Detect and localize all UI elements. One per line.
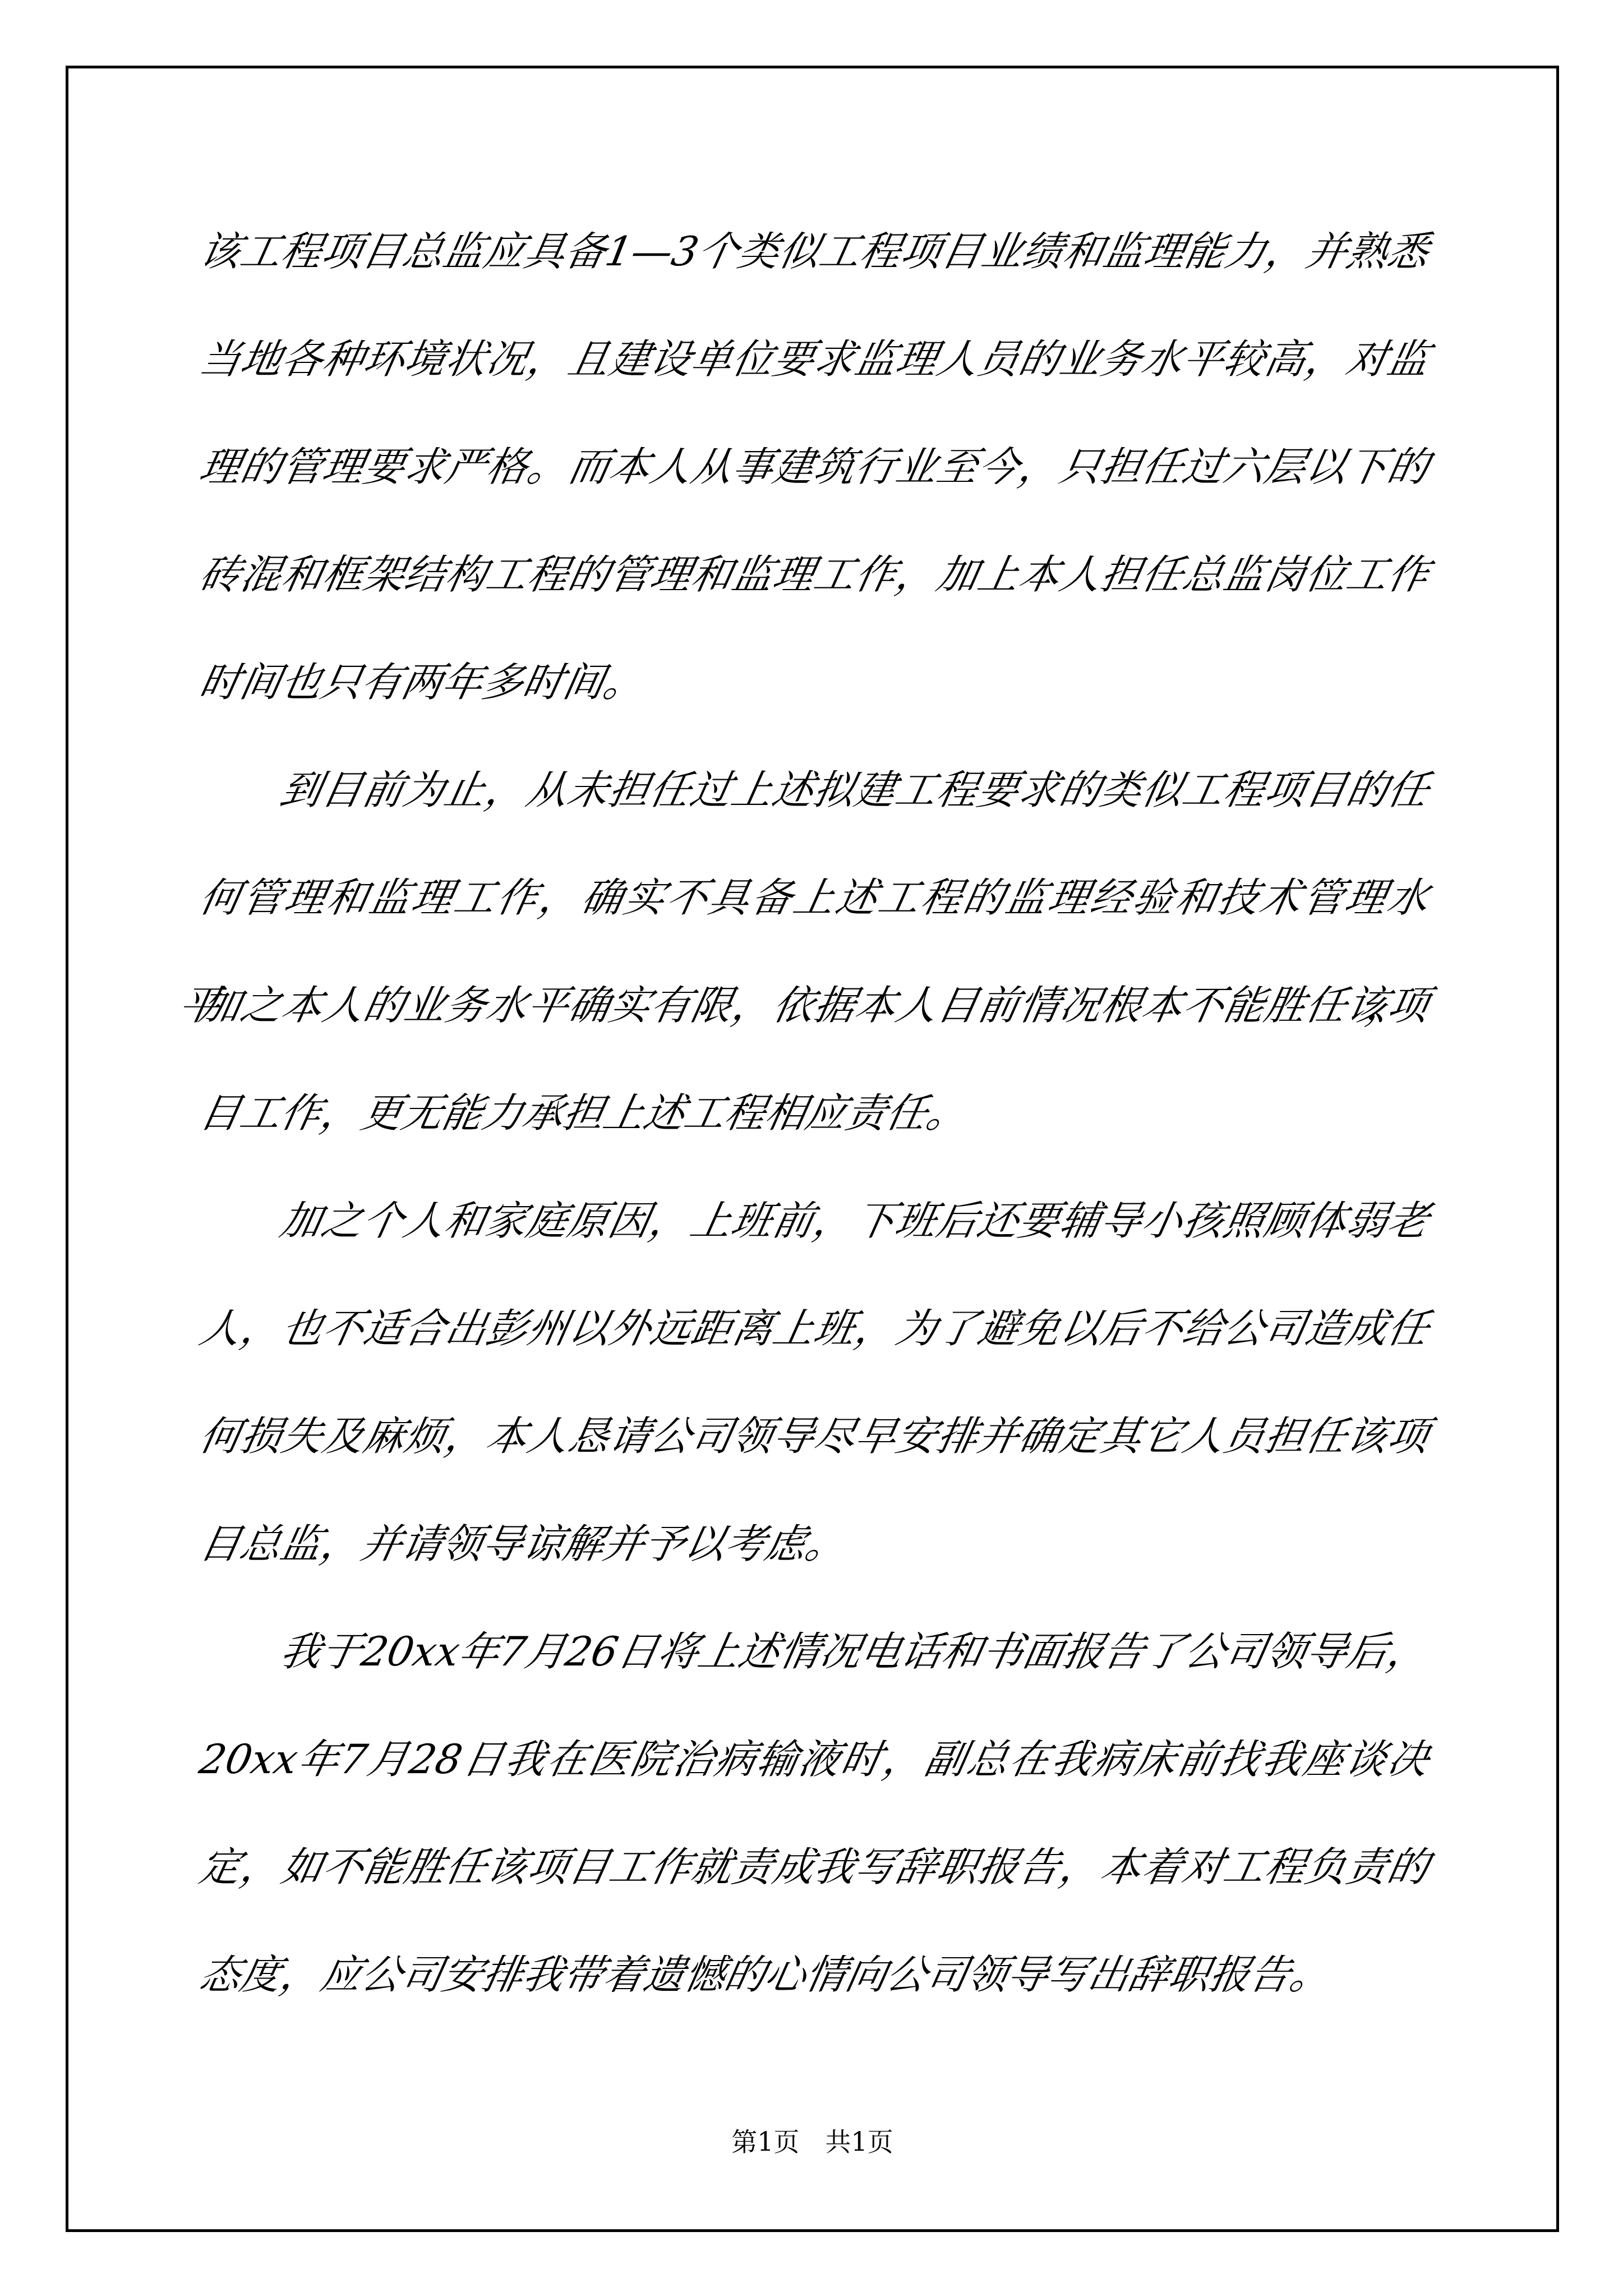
document-body: 该工程项目总监应具备1—3个类似工程项目业绩和监理能力，并熟悉 当地各种环境状况… bbox=[197, 197, 1426, 2028]
text-line: 时间也只有两年多时间。 bbox=[190, 628, 1439, 736]
text-line: 人，也不适合出彭州以外远距离上班，为了避免以后不给公司造成任 bbox=[190, 1274, 1439, 1382]
page: 该工程项目总监应具备1—3个类似工程项目业绩和监理能力，并熟悉 当地各种环境状况… bbox=[0, 0, 1623, 2296]
text-line: 砖混和框架结构工程的管理和监理工作，加上本人担任总监岗位工作 bbox=[190, 521, 1439, 628]
text-line: 目总监，并请领导谅解并予以考虑。 bbox=[190, 1490, 1439, 1598]
page-footer: 第1页 共1页 bbox=[66, 2124, 1559, 2160]
text-line: 态度，应公司安排我带着遗憾的心情向公司领导写出辞职报告。 bbox=[190, 1921, 1439, 2028]
text-line: 到目前为止，从未担任过上述拟建工程要求的类似工程项目的任 bbox=[190, 736, 1439, 844]
text-line: 目工作，更无能力承担上述工程相应责任。 bbox=[190, 1059, 1439, 1167]
text-line: 加之本人的业务水平确实有限，依据本人目前情况根本不能胜任该项 bbox=[190, 951, 1439, 1059]
text-line: 理的管理要求严格。而本人从事建筑行业至今，只担任过六层以下的 bbox=[190, 413, 1439, 521]
text-line: 该工程项目总监应具备1—3个类似工程项目业绩和监理能力，并熟悉 bbox=[190, 197, 1439, 305]
text-line: 何损失及麻烦，本人恳请公司领导尽早安排并确定其它人员担任该项 bbox=[190, 1382, 1439, 1490]
text-line: 定，如不能胜任该项目工作就责成我写辞职报告，本着对工程负责的 bbox=[190, 1813, 1439, 1921]
text-line: 20xx年7月28日我在医院治病输液时，副总在我病床前找我座谈决 bbox=[190, 1705, 1439, 1813]
text-line: 何管理和监理工作，确实不具备上述工程的监理经验和技术管理水平， bbox=[190, 844, 1439, 951]
text-line: 当地各种环境状况，且建设单位要求监理人员的业务水平较高，对监 bbox=[190, 305, 1439, 413]
text-line: 加之个人和家庭原因，上班前，下班后还要辅导小孩照顾体弱老 bbox=[190, 1167, 1439, 1274]
text-line: 我于20xx年7月26日将上述情况电话和书面报告了公司领导后， bbox=[190, 1598, 1439, 1705]
